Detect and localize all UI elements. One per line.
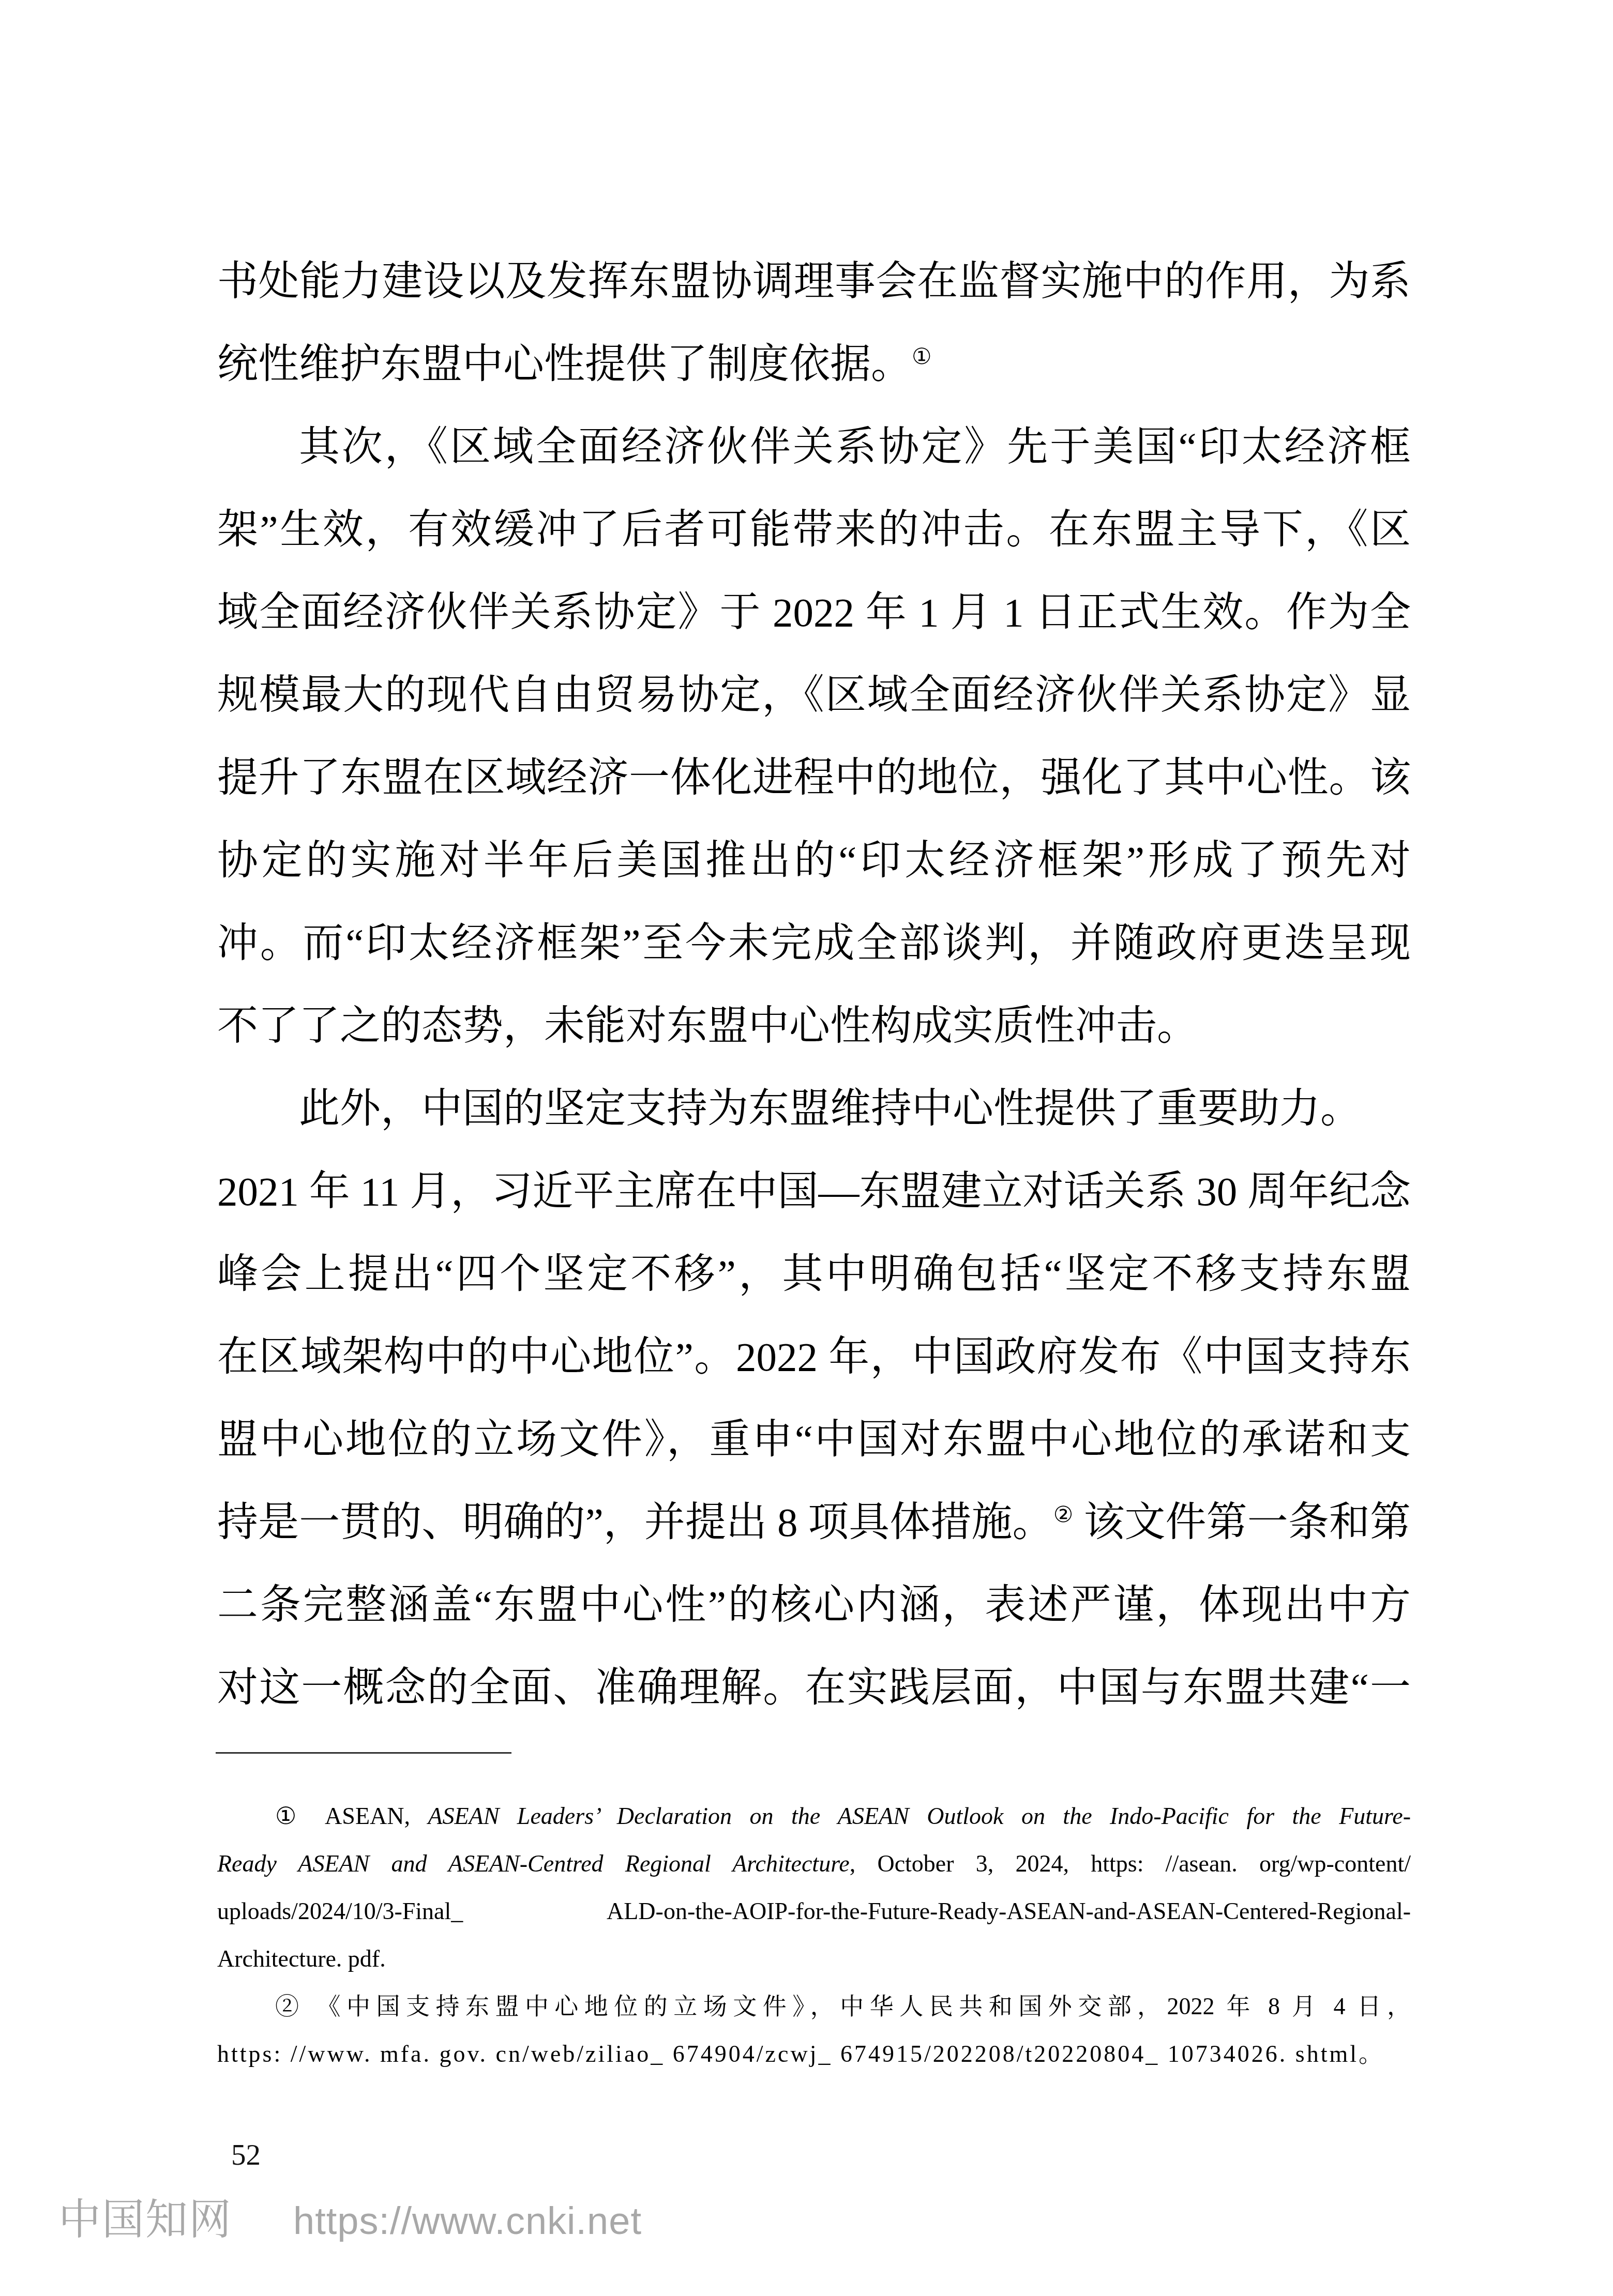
body-line: 不了了之的态势，未能对东盟中心性构成实质性冲击。 <box>217 985 1411 1068</box>
cnki-watermark: 中国知网 https://www.cnki.net <box>58 2186 642 2246</box>
cnki-logo-text: 中国知网 <box>58 2186 232 2246</box>
body-line: 对这一概念的全面、准确理解。在实践层面，中国与东盟共建“一 <box>217 1647 1411 1730</box>
body-line: 二条完整涵盖“东盟中心性”的核心内涵，表述严谨，体现出中方 <box>217 1564 1411 1647</box>
text-segment: 协定的实施对半年后美国推出的“印太经济框架”形成了预先对 <box>217 839 1411 884</box>
text-segment: 盟中心地位的立场文件》，重申“中国对东盟中心地位的承诺和支 <box>217 1418 1411 1463</box>
text-segment: 在区域架构中的中心地位”。2022 年，中国政府发布《中国支持东 <box>217 1335 1411 1380</box>
text-segment: 冲。而“印太经济框架”至今未完成全部谈判，并随政府更迭呈现 <box>217 921 1411 966</box>
footnote-line: https: //www. mfa. gov. cn/web/ziliao_ 6… <box>217 2030 1411 2078</box>
footnotes-block: ① ASEAN, ASEAN Leaders’ Declaration on t… <box>217 1792 1411 2078</box>
text-segment: 此外，中国的坚定支持为东盟维持中心性提供了重要助力。 <box>299 1087 1361 1132</box>
body-line: 书处能力建设以及发挥东盟协调理事会在监督实施中的作用，为系 <box>217 241 1411 324</box>
body-line: 协定的实施对半年后美国推出的“印太经济框架”形成了预先对 <box>217 820 1411 903</box>
body-text-block: 书处能力建设以及发挥东盟协调理事会在监督实施中的作用，为系统性维护东盟中心性提供… <box>217 241 1411 1730</box>
page-number: 52 <box>231 2138 261 2172</box>
footnote-line: ① ASEAN, ASEAN Leaders’ Declaration on t… <box>217 1792 1411 1840</box>
footnote-line: uploads/2024/10/3-Final_ ALD-on-the-AOIP… <box>217 1888 1411 1935</box>
footnote-line: ② 《中国支持东盟中心地位的立场文件》，中华人民共和国外交部，2022 年 8 … <box>217 1983 1411 2030</box>
body-line: 提升了东盟在区域经济一体化进程中的地位，强化了其中心性。该 <box>217 737 1411 820</box>
body-line: 其次，《区域全面经济伙伴关系协定》先于美国“印太经济框 <box>217 406 1411 489</box>
text-segment: ASEAN Leaders’ Declaration on the ASEAN … <box>428 1803 1411 1829</box>
text-segment: 该文件第一条和第 <box>1074 1500 1411 1545</box>
text-segment: 二条完整涵盖“东盟中心性”的核心内涵，表述严谨，体现出中方 <box>217 1583 1411 1628</box>
text-segment: 提升了东盟在区域经济一体化进程中的地位，强化了其中心性。该 <box>217 756 1411 801</box>
text-segment: 对这一概念的全面、准确理解。在实践层面，中国与东盟共建“一 <box>217 1666 1411 1711</box>
text-segment: ② 《中国支持东盟中心地位的立场文件》，中华人民共和国外交部，2022 年 8 … <box>275 1993 1411 2019</box>
text-segment: ① ASEAN, <box>275 1803 428 1829</box>
text-segment: Architecture. pdf. <box>217 1945 386 1972</box>
text-segment: 书处能力建设以及发挥东盟协调理事会在监督实施中的作用，为系 <box>217 260 1411 305</box>
footnote-line: Architecture. pdf. <box>217 1935 1411 1983</box>
text-segment: uploads/2024/10/3-Final_ ALD-on-the-AOIP… <box>217 1898 1411 1924</box>
note-ref-superscript: ① <box>912 344 932 369</box>
body-line: 规模最大的现代自由贸易协定，《区域全面经济伙伴关系协定》显著 <box>217 655 1411 737</box>
footnote-line: Ready ASEAN and ASEAN-Centred Regional A… <box>217 1840 1411 1888</box>
text-segment: 统性维护东盟中心性提供了制度依据。 <box>217 342 912 387</box>
body-line: 峰会上提出“四个坚定不移”，其中明确包括“坚定不移支持东盟 <box>217 1234 1411 1316</box>
text-segment: , October 3, 2024, https: //asean. org/w… <box>850 1850 1411 1877</box>
text-segment: 其次，《区域全面经济伙伴关系协定》先于美国“印太经济框 <box>299 425 1411 470</box>
text-segment: 不了了之的态势，未能对东盟中心性构成实质性冲击。 <box>217 1004 1198 1049</box>
document-page: 书处能力建设以及发挥东盟协调理事会在监督实施中的作用，为系统性维护东盟中心性提供… <box>0 0 1613 2296</box>
body-line: 统性维护东盟中心性提供了制度依据。① <box>217 324 1411 406</box>
text-segment: 架”生效，有效缓冲了后者可能带来的冲击。在东盟主导下，《区 <box>217 508 1411 553</box>
text-segment: 2021 年 11 月，习近平主席在中国—东盟建立对话关系 30 周年纪念 <box>217 1169 1411 1214</box>
body-line: 架”生效，有效缓冲了后者可能带来的冲击。在东盟主导下，《区 <box>217 489 1411 572</box>
text-segment: Ready ASEAN and ASEAN-Centred Regional A… <box>217 1850 850 1877</box>
text-segment: 持是一贯的、明确的”，并提出 8 项具体措施。 <box>217 1500 1053 1545</box>
text-segment: 规模最大的现代自由贸易协定，《区域全面经济伙伴关系协定》显著 <box>217 673 1411 737</box>
body-line: 域全面经济伙伴关系协定》于 2022 年 1 月 1 日正式生效。作为全球 <box>217 572 1411 655</box>
body-line: 此外，中国的坚定支持为东盟维持中心性提供了重要助力。 <box>217 1068 1411 1151</box>
cnki-url: https://www.cnki.net <box>293 2199 642 2243</box>
body-line: 持是一贯的、明确的”，并提出 8 项具体措施。② 该文件第一条和第 <box>217 1482 1411 1564</box>
body-line: 在区域架构中的中心地位”。2022 年，中国政府发布《中国支持东 <box>217 1316 1411 1399</box>
note-ref-superscript: ② <box>1053 1502 1074 1527</box>
text-segment: https: //www. mfa. gov. cn/web/ziliao_ 6… <box>217 2041 1384 2067</box>
body-line: 盟中心地位的立场文件》，重申“中国对东盟中心地位的承诺和支 <box>217 1399 1411 1482</box>
text-segment: 域全面经济伙伴关系协定》于 2022 年 1 月 1 日正式生效。作为全球 <box>217 590 1411 655</box>
footnote-separator <box>216 1752 511 1754</box>
body-line: 2021 年 11 月，习近平主席在中国—东盟建立对话关系 30 周年纪念 <box>217 1151 1411 1234</box>
body-line: 冲。而“印太经济框架”至今未完成全部谈判，并随政府更迭呈现 <box>217 903 1411 985</box>
text-segment: 峰会上提出“四个坚定不移”，其中明确包括“坚定不移支持东盟 <box>217 1252 1411 1297</box>
